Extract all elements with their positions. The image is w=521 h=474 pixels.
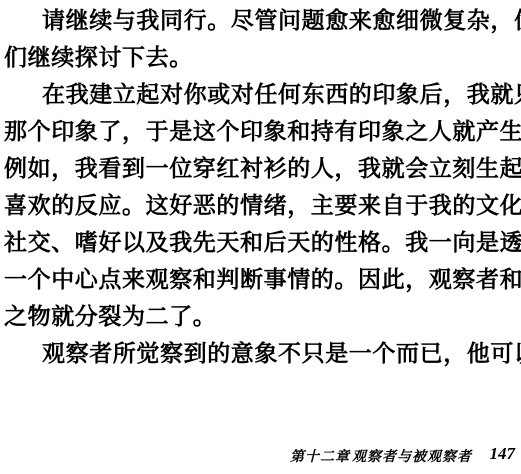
paragraph-3-line-1: 观察者所觉察到的意象不只是一个而已，他可以创造出 [42,341,518,367]
chapter-title: 观察者与被观察者 [352,446,472,466]
book-page: 请继续与我同行。尽管问题愈来愈细微复杂，但是让我 们继续探讨下去。 在我建立起对… [0,0,521,474]
paragraph-2-line-2: 那个印象了，于是这个印象和持有印象之人就产生了问题。 [4,119,518,145]
paragraph-2-line-1: 在我建立起对你或对任何东西的印象后，我就只能看到 [42,82,518,108]
paragraph-1-line-2: 们继续探讨下去。 [4,45,518,71]
page-number: 147 [490,444,516,464]
paragraph-2-line-3: 例如，我看到一位穿红衬衫的人，我就会立刻生起喜欢或不 [4,156,518,182]
paragraph-2-line-5: 社交、嗜好以及我先天和后天的性格。我一向是透过这样的 [4,230,518,256]
page-footer: 第十二章 观察者与被观察者 147 [290,444,515,466]
paragraph-2-line-7: 之物就分裂为二了。 [4,304,518,330]
chapter-label: 第十二章 [290,446,350,466]
paragraph-1-line-1: 请继续与我同行。尽管问题愈来愈细微复杂，但是让我 [42,8,518,34]
paragraph-2-line-6: 一个中心点来观察和判断事情的。因此，观察者和他的所观 [4,267,518,293]
paragraph-2-line-4: 喜欢的反应。这好恶的情绪，主要来自于我的文化、素养、 [4,193,518,219]
